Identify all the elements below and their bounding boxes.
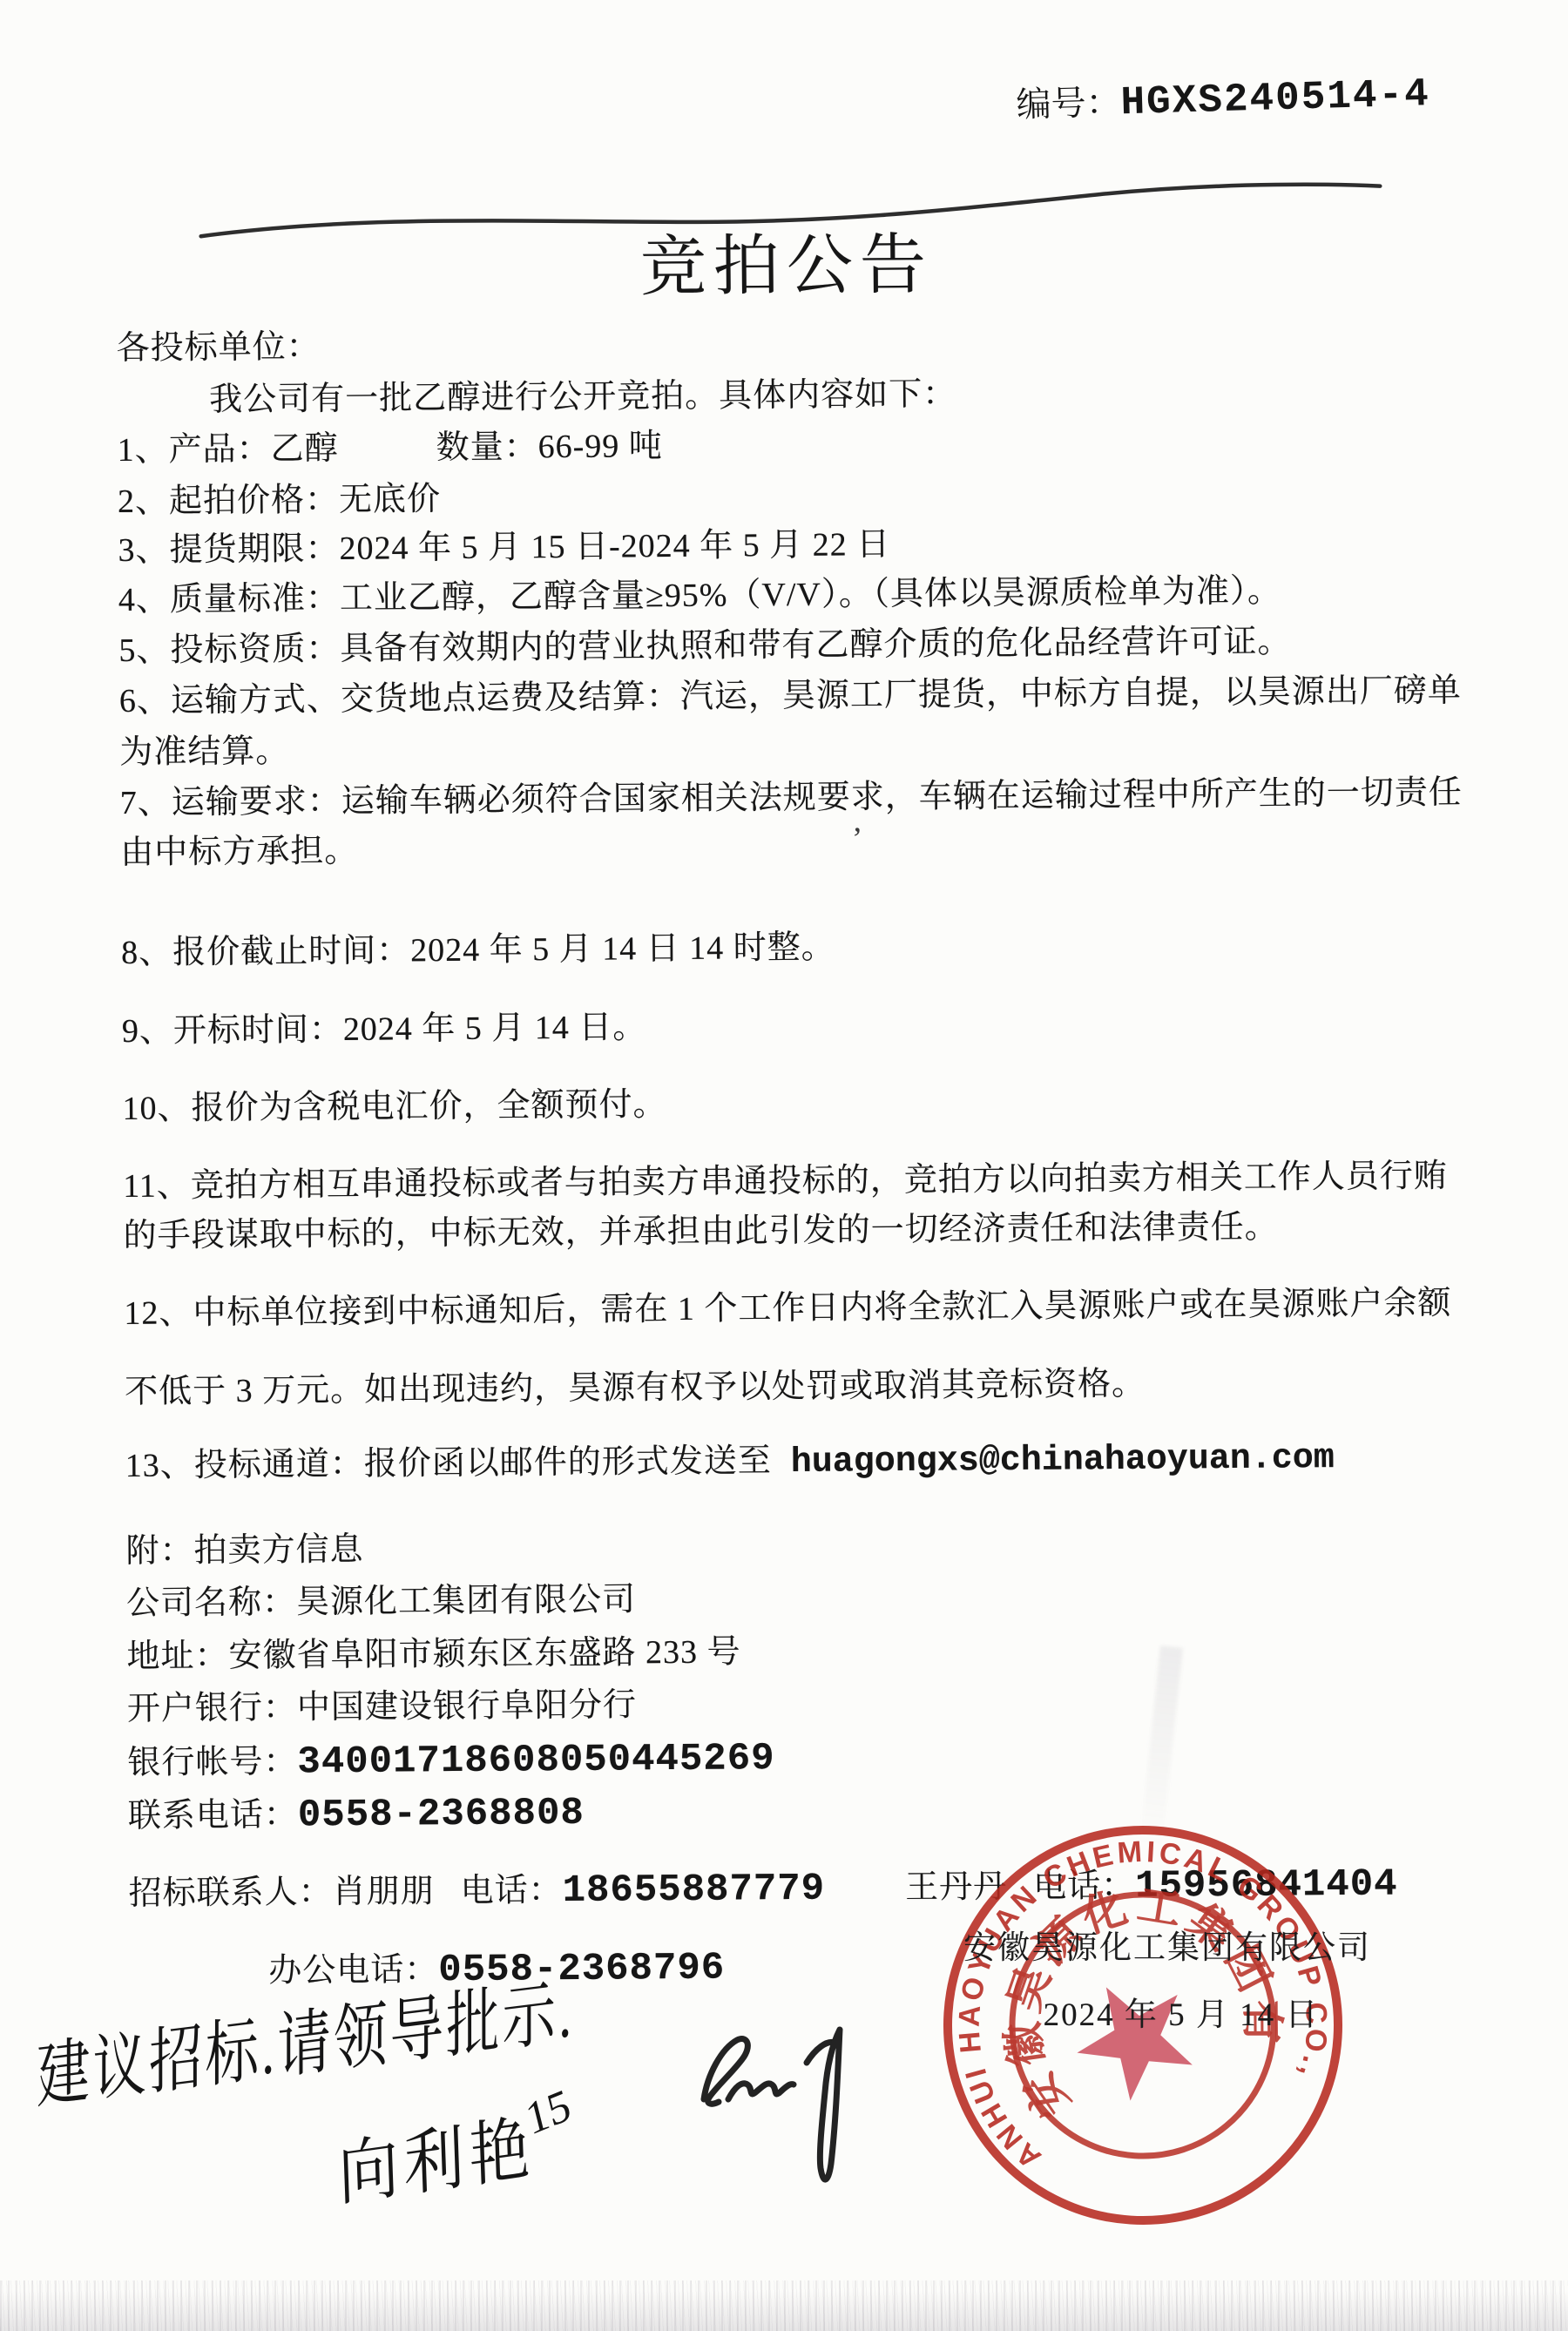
intro-line: 我公司有一批乙醇进行公开竞拍。具体内容如下： — [209, 375, 956, 420]
contacts-label: 招标联系人： — [128, 1874, 332, 1912]
bid-email: huagongxs@chinahaoyuan.com — [791, 1439, 1335, 1483]
item-1-product: 1、产品：乙醇 — [117, 430, 338, 469]
contact1-phone-label: 电话： — [460, 1872, 562, 1909]
signature-scribble — [678, 1997, 869, 2223]
seller-bank: 开户银行：中国建设银行阜阳分行 — [127, 1686, 637, 1728]
scanned-auction-notice-page: { "header": { "doc_no_label": "编号：", "do… — [0, 0, 1568, 2331]
item-2: 2、起拍价格：无底价 — [118, 480, 441, 522]
contact1-name: 肖朋朋 — [332, 1873, 434, 1910]
item-12-line2: 不低于 3 万元。如出现违约，昊源有权予以处罚或取消其竞标资格。 — [125, 1365, 1146, 1412]
phone-label: 联系电话： — [128, 1796, 298, 1834]
item-6-line2: 为准结算。 — [119, 732, 289, 772]
seller-company: 公司名称：昊源化工集团有限公司 — [126, 1580, 636, 1623]
seller-address: 地址：安徽省阜阳市颍东区东盛路 233 号 — [126, 1632, 740, 1676]
page-title: 竞拍公告 — [3, 222, 1568, 313]
item-13-label: 13、投标通道：报价函以邮件的形式发送至 — [125, 1443, 772, 1484]
scan-noise-band — [0, 2280, 1568, 2331]
item-3: 3、提货期限：2024 年 5 月 15 日-2024 年 5 月 22 日 — [118, 525, 890, 571]
item-9: 9、开标时间：2024 年 5 月 14 日。 — [122, 1008, 647, 1051]
contact1-phone: 18655887779 — [562, 1868, 825, 1913]
item-10: 10、报价为含税电汇价，全额预付。 — [122, 1085, 666, 1129]
item-7-line2: 由中标方承担。 — [120, 832, 358, 873]
item-1: 1、产品：乙醇数量：66-99 吨 — [117, 427, 663, 470]
signing-company-name: 安徽昊源化工集团有限公司 — [963, 1921, 1371, 1968]
account-label: 银行帐号： — [127, 1743, 297, 1781]
attachment-title: 附：拍卖方信息 — [125, 1530, 363, 1571]
salutation: 各投标单位： — [117, 328, 321, 368]
item-1-quantity: 数量：66-99 吨 — [436, 428, 662, 466]
signing-date: 2024 年 5 月 14 日 — [1044, 1988, 1320, 2035]
stray-apostrophe-mark: ’ — [852, 820, 863, 857]
seller-account-line: 银行帐号：34001718608050445269 — [127, 1737, 774, 1787]
item-8: 8、报价截止时间：2024 年 5 月 14 日 14 时整。 — [121, 929, 835, 973]
account-number: 34001718608050445269 — [297, 1737, 774, 1784]
phone-number: 0558-2368808 — [298, 1792, 585, 1838]
seller-phone-line: 联系电话：0558-2368808 — [128, 1792, 585, 1841]
